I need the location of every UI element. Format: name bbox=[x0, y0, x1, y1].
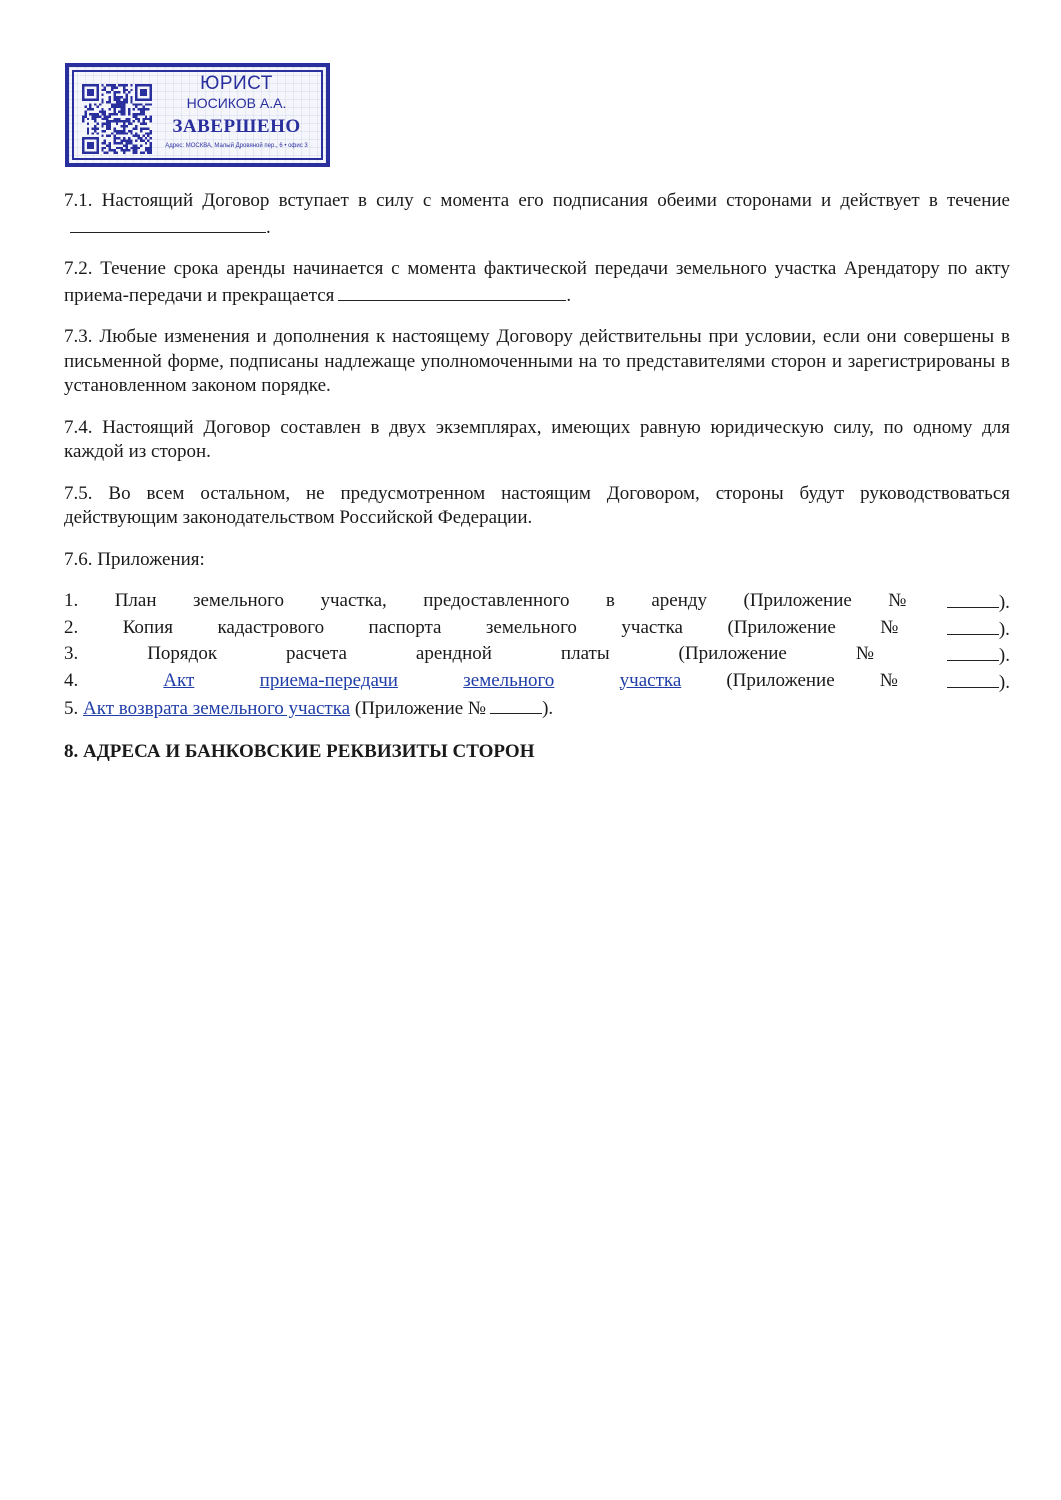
stamp-name: НОСИКОВ А.А. bbox=[156, 94, 317, 112]
number-sign: № bbox=[856, 642, 874, 669]
fill-blank bbox=[947, 669, 999, 688]
clause-7-4: 7.4. Настоящий Договор составлен в двух … bbox=[64, 416, 1010, 465]
appendix-item-3: 3.Порядокрасчетааренднойплаты(Приложение… bbox=[64, 642, 1010, 669]
appendix-number: 5. bbox=[64, 697, 78, 722]
fill-blank bbox=[338, 282, 566, 301]
appendix-number: 1. bbox=[64, 589, 78, 616]
appendix-close: ). bbox=[999, 644, 1010, 669]
clause-7-1: 7.1. Настоящий Договор вступает в силу с… bbox=[64, 189, 1010, 240]
appendix-word: Копия bbox=[123, 616, 173, 643]
link-word: земельного bbox=[463, 669, 554, 696]
appendix-ref: (Приложение № bbox=[355, 697, 486, 722]
link-word: приема-передачи bbox=[260, 669, 398, 696]
appendix-item-1: 1.Планземельногоучастка,предоставленного… bbox=[64, 589, 1010, 616]
stamp-text: ЮРИСТ НОСИКОВ А.А. ЗАВЕРШЕНО Адрес: МОСК… bbox=[156, 74, 317, 151]
appendix-number: 3. bbox=[64, 642, 78, 669]
link-word: участка bbox=[620, 669, 682, 696]
appendix-close: ). bbox=[999, 671, 1010, 696]
stamp-title: ЮРИСТ bbox=[156, 74, 317, 94]
appendix-ref: (Приложение bbox=[744, 589, 852, 616]
appendix-word: в bbox=[606, 589, 615, 616]
fill-blank bbox=[947, 616, 999, 635]
clause-7-3: 7.3. Любые изменения и дополнения к наст… bbox=[64, 325, 1010, 399]
appendix-blank-close: ). bbox=[943, 669, 1010, 696]
appendix-word: предоставленного bbox=[423, 589, 569, 616]
appendix-word: Порядок bbox=[147, 642, 217, 669]
appendix-link-transfer-act[interactable]: Актприема-передачиземельногоучастка bbox=[163, 669, 681, 696]
link-word: Акт bbox=[163, 669, 194, 696]
clause-text: 7.1. Настоящий Договор вступает в силу с… bbox=[64, 190, 1010, 211]
appendix-blank-close: ). bbox=[943, 589, 1010, 616]
appendix-close: ). bbox=[999, 618, 1010, 643]
stamp-inner-border: ЮРИСТ НОСИКОВ А.А. ЗАВЕРШЕНО Адрес: МОСК… bbox=[72, 70, 323, 160]
document-page: ЮРИСТ НОСИКОВ А.А. ЗАВЕРШЕНО Адрес: МОСК… bbox=[0, 0, 1061, 1500]
lawyer-stamp: ЮРИСТ НОСИКОВ А.А. ЗАВЕРШЕНО Адрес: МОСК… bbox=[65, 63, 330, 167]
appendix-word: участка, bbox=[320, 589, 386, 616]
clause-7-2: 7.2. Течение срока аренды начинается с м… bbox=[64, 257, 1010, 308]
fill-blank bbox=[947, 642, 999, 661]
appendix-word: земельного bbox=[486, 616, 577, 643]
appendix-ref: (Приложение bbox=[679, 642, 787, 669]
appendix-item-4: 4.Актприема-передачиземельногоучастка(Пр… bbox=[64, 669, 1010, 696]
number-sign: № bbox=[880, 669, 898, 696]
qr-code-icon bbox=[82, 80, 152, 158]
appendix-item-5: 5. Акт возврата земельного участка (Прил… bbox=[64, 695, 1010, 722]
clause-suffix: . bbox=[266, 217, 271, 238]
appendix-ref: (Приложение bbox=[726, 669, 834, 696]
fill-blank bbox=[70, 214, 266, 233]
fill-blank bbox=[490, 695, 542, 714]
appendix-number: 2. bbox=[64, 616, 78, 643]
appendix-word: аренду bbox=[651, 589, 707, 616]
clause-7-6: 7.6. Приложения: bbox=[64, 548, 1010, 573]
appendix-blank-close: ). bbox=[943, 616, 1010, 643]
fill-blank bbox=[947, 589, 999, 608]
appendix-word: План bbox=[115, 589, 157, 616]
appendix-close: ). bbox=[542, 697, 553, 722]
appendix-word: земельного bbox=[193, 589, 284, 616]
appendix-word: кадастрового bbox=[217, 616, 324, 643]
clause-7-5: 7.5. Во всем остальном, не предусмотренн… bbox=[64, 482, 1010, 531]
appendix-ref: (Приложение bbox=[727, 616, 835, 643]
appendix-word: арендной bbox=[416, 642, 492, 669]
stamp-status: ЗАВЕРШЕНО bbox=[156, 114, 317, 140]
appendix-number: 4. bbox=[64, 669, 78, 696]
appendix-item-2: 2.Копиякадастровогопаспортаземельногоуча… bbox=[64, 616, 1010, 643]
document-body: 7.1. Настоящий Договор вступает в силу с… bbox=[64, 189, 1010, 764]
number-sign: № bbox=[880, 616, 898, 643]
appendix-word: платы bbox=[561, 642, 610, 669]
clause-suffix: . bbox=[566, 285, 571, 306]
appendix-word: участка bbox=[621, 616, 683, 643]
appendix-close: ). bbox=[999, 591, 1010, 616]
appendix-blank-close: ). bbox=[943, 642, 1010, 669]
number-sign: № bbox=[888, 589, 906, 616]
section-heading-8: 8. АДРЕСА И БАНКОВСКИЕ РЕКВИЗИТЫ СТОРОН bbox=[64, 740, 1010, 765]
appendix-list: 1.Планземельногоучастка,предоставленного… bbox=[64, 589, 1010, 722]
stamp-address: Адрес: МОСКВА, Малый Дровяной пер., 6 • … bbox=[156, 141, 317, 151]
appendix-link-return-act[interactable]: Акт возврата земельного участка bbox=[83, 698, 350, 719]
appendix-word: расчета bbox=[286, 642, 347, 669]
appendix-word: паспорта bbox=[369, 616, 442, 643]
